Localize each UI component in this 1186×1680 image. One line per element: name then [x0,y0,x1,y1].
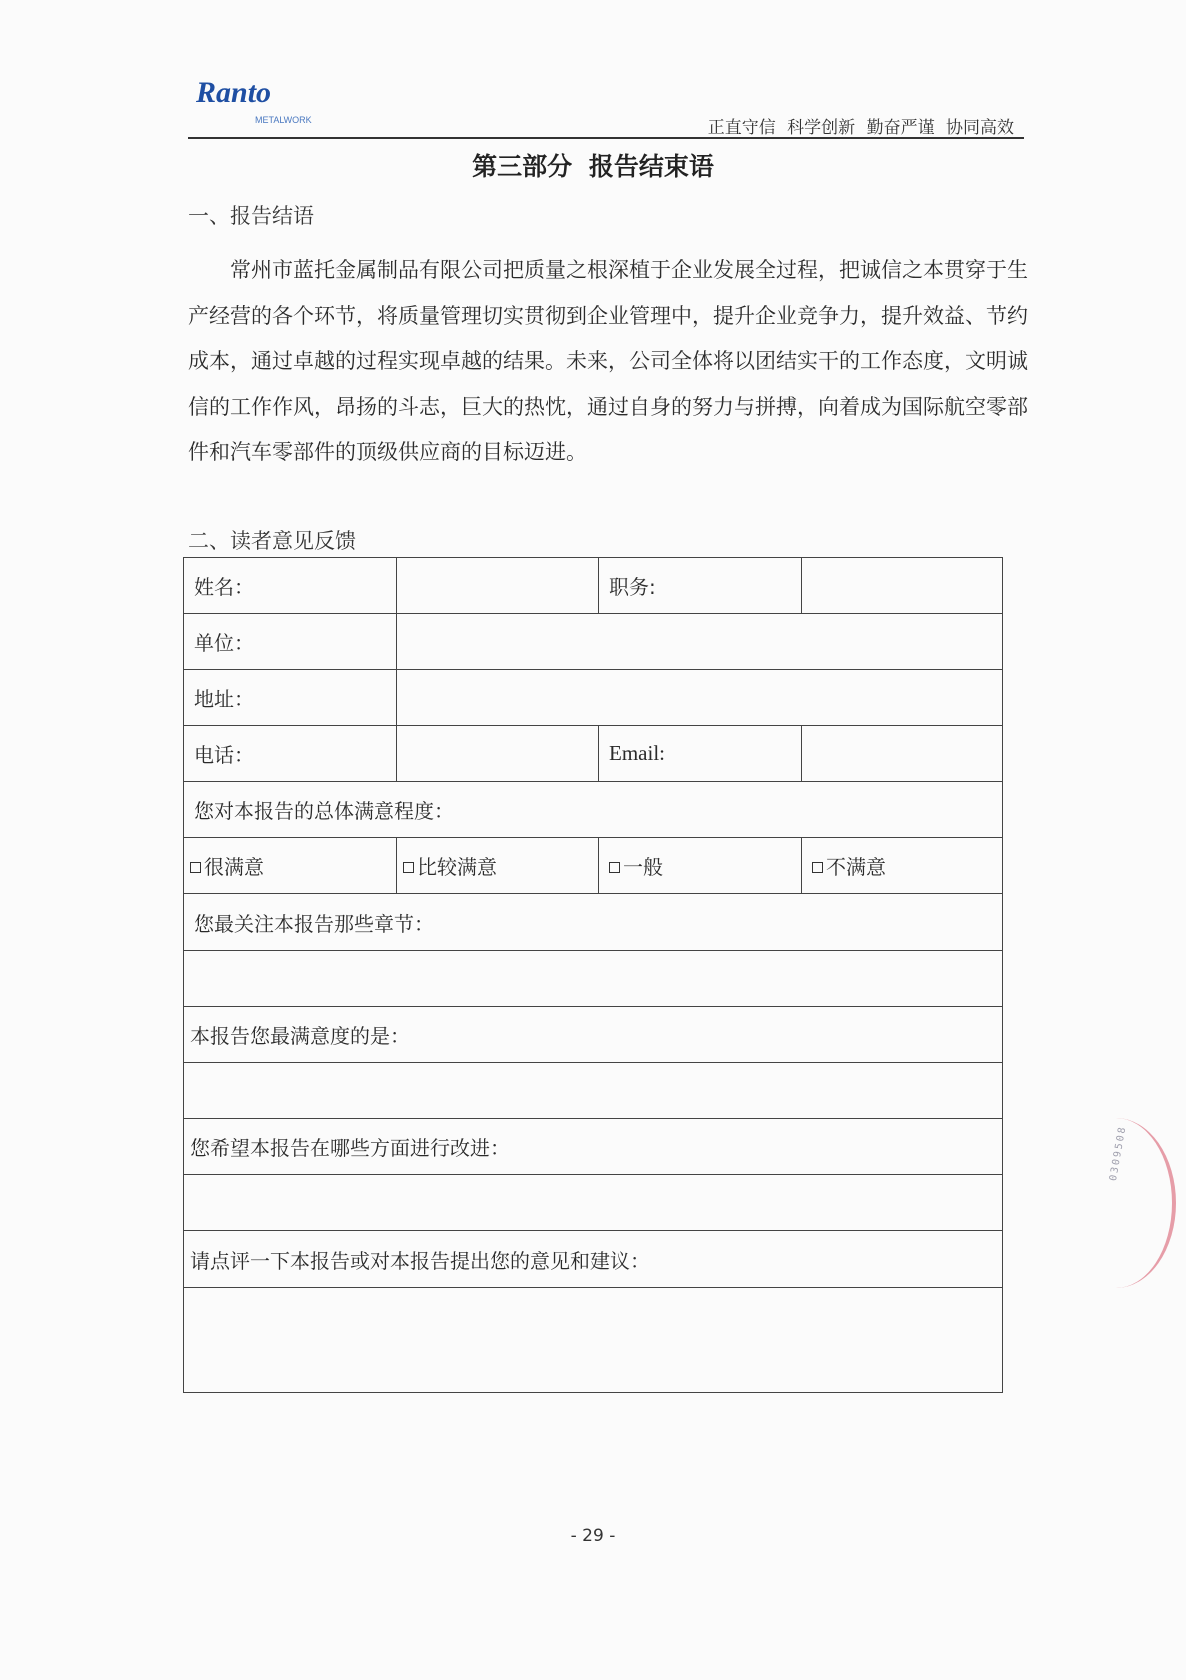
phone-field[interactable] [396,726,598,781]
section-heading-conclusion: 一、报告结语 [188,200,314,230]
focus-chapters-label: 您最关注本报告那些章节： [184,894,1004,950]
form-row-name: 姓名： 职务: [183,557,1003,613]
focus-chapters-field[interactable] [184,951,1004,1006]
most-satisfied-field[interactable] [184,1063,1004,1118]
section-heading-feedback: 二、读者意见反馈 [188,525,356,555]
company-label: 单位： [184,614,396,669]
name-field[interactable] [396,558,598,613]
form-row-most-satisfied-label: 本报告您最满意度的是： [183,1006,1003,1062]
position-field[interactable] [801,558,1004,613]
form-row-company: 单位： [183,613,1003,669]
company-field[interactable] [396,614,1004,669]
address-field[interactable] [396,670,1004,725]
conclusion-paragraph: 常州市蓝托金属制品有限公司把质量之根深植于企业发展全过程，把诚信之本贯穿于生产经… [188,248,1028,476]
option-very-satisfied[interactable]: 很满意 [184,838,396,893]
checkbox-icon[interactable] [403,862,414,873]
email-field[interactable] [801,726,1004,781]
form-row-satisfaction-label: 您对本报告的总体满意程度： [183,781,1003,837]
option-fairly-satisfied[interactable]: 比较满意 [396,838,598,893]
form-row-most-satisfied-answer [183,1062,1003,1118]
option-label: 比较满意 [417,851,497,880]
form-row-improve-answer [183,1174,1003,1230]
form-row-comments-label: 请点评一下本报告或对本报告提出您的意见和建议： [183,1230,1003,1287]
email-label: Email: [598,726,801,781]
page-title: 第三部分 报告结束语 [0,147,1186,183]
phone-label: 电话： [184,726,396,781]
checkbox-icon[interactable] [190,862,201,873]
address-label: 地址： [184,670,396,725]
form-row-comments-answer [183,1287,1003,1393]
company-logo-subtext: METALWORK [255,115,312,125]
form-row-focus-label: 您最关注本报告那些章节： [183,893,1003,950]
option-dissatisfied[interactable]: 不满意 [801,838,1004,893]
checkbox-icon[interactable] [812,862,823,873]
form-row-improve-label: 您希望本报告在哪些方面进行改进： [183,1118,1003,1174]
form-row-address: 地址： [183,669,1003,725]
form-row-focus-answer [183,950,1003,1006]
comments-field[interactable] [184,1288,1004,1392]
position-label: 职务: [598,558,801,613]
option-label: 不满意 [826,851,886,880]
option-label: 一般 [623,851,663,880]
page-number: - 29 - [0,1526,1186,1546]
header-divider [188,137,1024,139]
option-average[interactable]: 一般 [598,838,801,893]
name-label: 姓名： [184,558,396,613]
comments-label: 请点评一下本报告或对本报告提出您的意见和建议： [184,1231,1004,1287]
form-row-satisfaction-options: 很满意 比较满意 一般 不满意 [183,837,1003,893]
company-motto: 正直守信 科学创新 勤奋严谨 协同高效 [708,113,1014,138]
company-logo: Ranto [196,76,271,110]
checkbox-icon[interactable] [609,862,620,873]
improve-field[interactable] [184,1175,1004,1230]
option-label: 很满意 [204,851,264,880]
improve-label: 您希望本报告在哪些方面进行改进： [184,1119,1004,1174]
most-satisfied-label: 本报告您最满意度的是： [184,1007,1004,1062]
form-row-phone: 电话： Email: [183,725,1003,781]
satisfaction-label: 您对本报告的总体满意程度： [184,782,1004,837]
